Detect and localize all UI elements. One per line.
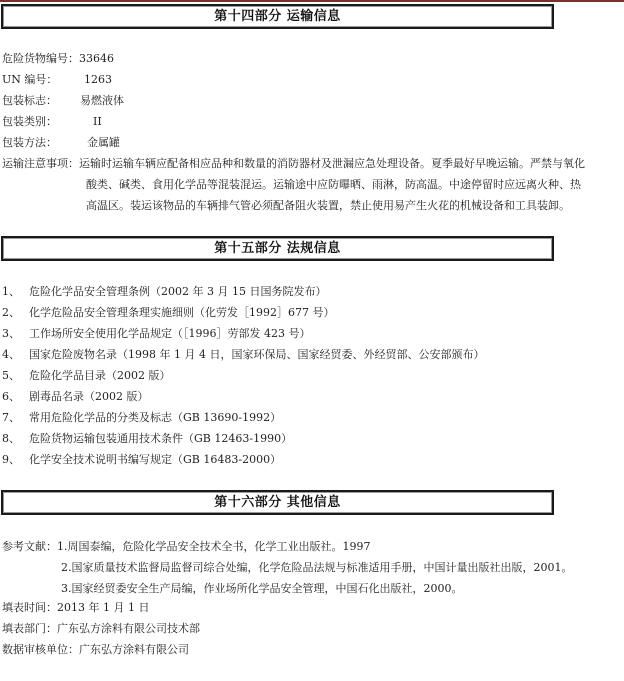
review-unit-label: 数据审核单位： (2, 642, 79, 658)
field-value: II (93, 114, 102, 130)
field-label: 包装标志： (2, 93, 80, 109)
field-label: UN 编号： (2, 72, 84, 88)
regulation-item: 5、危险化学品目录（2002 版） (2, 368, 171, 384)
reference-item: 3.国家经贸委安全生产局编，作业场所化学品安全管理，中国石化出版社，2000。 (61, 581, 463, 597)
item-text: 危险货物运输包装通用技术条件（GB 12463-1990） (29, 432, 292, 445)
item-number: 1、 (2, 284, 29, 300)
transport-notes-line: 高温区。装运该物品的车辆排气管必须配备阻火装置，禁止使用易产生火花的机械设备和工… (86, 198, 570, 214)
references-label: 参考文献： (2, 539, 57, 555)
transport-notes-line: 运输时运输车辆应配备相应品种和数量的消防器材及泄漏应急处理设备。夏季最好早晚运输… (79, 156, 585, 172)
item-text: 危险化学品目录（2002 版） (29, 369, 171, 382)
review-unit-value: 广东弘方涂料有限公司 (79, 642, 189, 658)
item-number: 6、 (2, 389, 29, 405)
field-dangerous-goods-number: 危险货物编号：33646 (2, 51, 114, 67)
item-number: 8、 (2, 431, 29, 447)
fill-department-value: 广东弘方涂料有限公司技术部 (57, 621, 200, 637)
regulation-item: 7、常用危险化学品的分类及标志（GB 13690-1992） (2, 410, 281, 426)
item-text: 化学危险品安全管理条理实施细则（化劳发［1992］677 号） (29, 306, 335, 319)
item-number: 4、 (2, 347, 29, 363)
item-text: 剧毒品名录（2002 版） (29, 390, 149, 403)
field-package-method: 包装方法：金属罐 (2, 135, 120, 151)
regulation-item: 8、危险货物运输包装通用技术条件（GB 12463-1990） (2, 431, 292, 447)
item-number: 3、 (2, 326, 29, 342)
item-number: 5、 (2, 368, 29, 384)
field-label: 包装类别： (2, 114, 93, 130)
field-label: 危险货物编号： (2, 51, 79, 67)
item-number: 7、 (2, 410, 29, 426)
regulation-item: 1、危险化学品安全管理条例（2002 年 3 月 15 日国务院发布） (2, 284, 326, 300)
section-16-header: 第十六部分 其他信息 (1, 490, 554, 515)
item-number: 2、 (2, 305, 29, 321)
field-value: 1263 (84, 72, 112, 88)
item-text: 国家危险废物名录（1998 年 1 月 4 日，国家环保局、国家经贸委、外经贸部… (29, 348, 484, 361)
transport-notes-label: 运输注意事项： (2, 156, 79, 172)
review-unit: 数据审核单位：广东弘方涂料有限公司 (2, 642, 189, 658)
item-text: 工作场所安全使用化学品规定（［1996］劳部发 423 号） (29, 327, 310, 340)
item-number: 9、 (2, 452, 29, 468)
reference-item: 2.国家质量技术监督局监督司综合处编，化学危险品法规与标准适用手册，中国计量出版… (61, 560, 573, 576)
section-15-header: 第十五部分 法规信息 (1, 236, 554, 261)
regulation-item: 6、剧毒品名录（2002 版） (2, 389, 149, 405)
section-14-header: 第十四部分 运输信息 (1, 4, 554, 29)
fill-date-value: 2013 年 1 月 1 日 (57, 600, 149, 616)
top-border-bar (0, 0, 624, 2)
field-value: 易燃液体 (80, 93, 124, 109)
field-package-class: 包装类别：II (2, 114, 102, 130)
item-text: 常用危险化学品的分类及标志（GB 13690-1992） (29, 411, 281, 424)
transport-notes: 运输注意事项：运输时运输车辆应配备相应品种和数量的消防器材及泄漏应急处理设备。夏… (2, 156, 585, 172)
fill-department: 填表部门：广东弘方涂料有限公司技术部 (2, 621, 200, 637)
field-label: 包装方法： (2, 135, 87, 151)
item-text: 危险化学品安全管理条例（2002 年 3 月 15 日国务院发布） (29, 285, 326, 298)
field-un-number: UN 编号：1263 (2, 72, 112, 88)
transport-notes-line: 酸类、碱类、食用化学品等混装混运。运输途中应防曝晒、雨淋，防高温。中途停留时应远… (86, 177, 581, 193)
item-text: 化学安全技术说明书编写规定（GB 16483-2000） (29, 453, 281, 466)
regulation-item: 2、化学危险品安全管理条理实施细则（化劳发［1992］677 号） (2, 305, 335, 321)
reference-item: 1.周国泰编，危险化学品安全技术全书，化学工业出版社。1997 (57, 539, 371, 555)
regulation-item: 9、化学安全技术说明书编写规定（GB 16483-2000） (2, 452, 281, 468)
fill-department-label: 填表部门： (2, 621, 57, 637)
references: 参考文献：1.周国泰编，危险化学品安全技术全书，化学工业出版社。1997 (2, 539, 371, 555)
field-value: 金属罐 (87, 135, 120, 151)
fill-date-label: 填表时间： (2, 600, 57, 616)
regulation-item: 4、国家危险废物名录（1998 年 1 月 4 日，国家环保局、国家经贸委、外经… (2, 347, 484, 363)
regulation-item: 3、工作场所安全使用化学品规定（［1996］劳部发 423 号） (2, 326, 310, 342)
field-package-mark: 包装标志：易燃液体 (2, 93, 124, 109)
fill-date: 填表时间：2013 年 1 月 1 日 (2, 600, 149, 616)
field-value: 33646 (79, 51, 114, 67)
